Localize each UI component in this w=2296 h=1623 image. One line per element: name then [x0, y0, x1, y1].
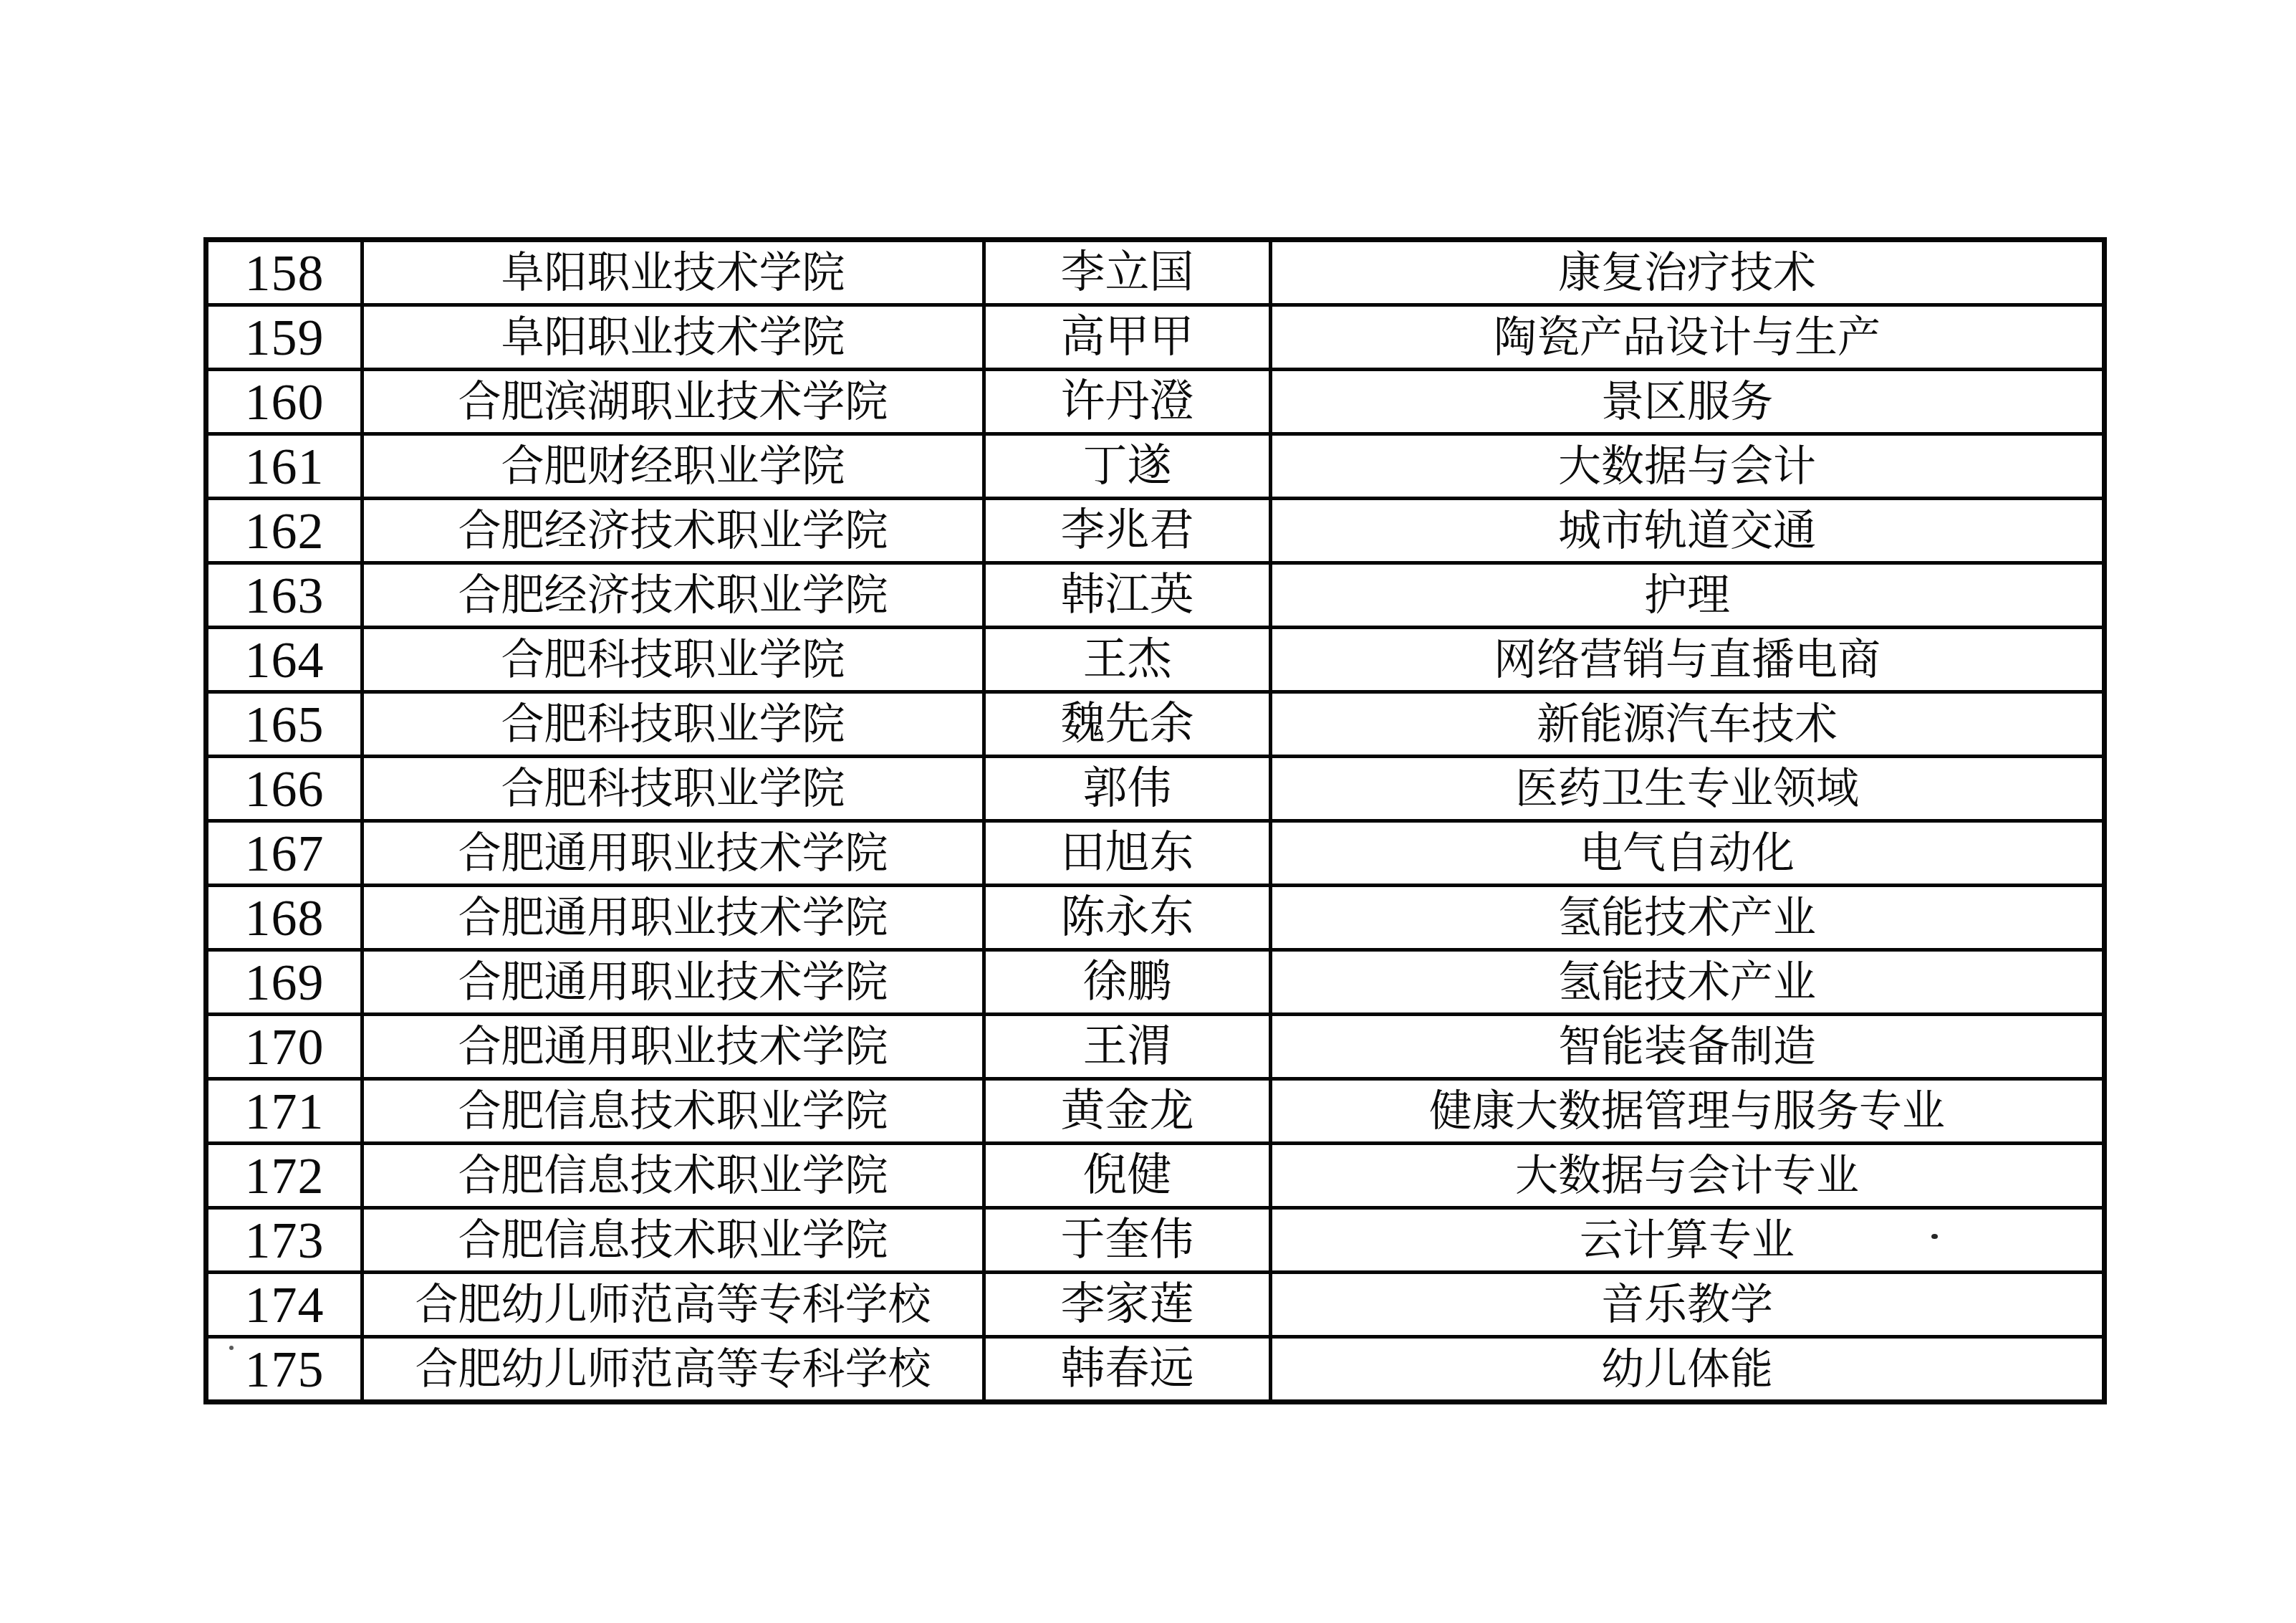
table-row: 171 合肥信息技术职业学院 黄金龙 健康大数据管理与服务专业: [206, 1079, 2105, 1144]
row-person-cell: 韩江英: [984, 563, 1271, 628]
row-major-cell: 大数据与会计专业: [1271, 1144, 2105, 1208]
row-person-cell: 陈永东: [984, 886, 1271, 950]
row-person-cell: 许丹澄: [984, 370, 1271, 434]
table-row: 162 合肥经济技术职业学院 李兆君 城市轨道交通: [206, 499, 2105, 563]
row-number-cell: 159: [206, 305, 362, 370]
row-school-cell: 合肥经济技术职业学院: [362, 563, 984, 628]
row-school-cell: 合肥信息技术职业学院: [362, 1079, 984, 1144]
table-row: 164 合肥科技职业学院 王杰 网络营销与直播电商: [206, 628, 2105, 692]
ink-speck-artifact: [1931, 1234, 1938, 1239]
row-major-cell: 云计算专业: [1271, 1208, 2105, 1273]
table-row: 168 合肥通用职业技术学院 陈永东 氢能技术产业: [206, 886, 2105, 950]
row-school-cell: 阜阳职业技术学院: [362, 240, 984, 305]
row-school-cell: 合肥科技职业学院: [362, 628, 984, 692]
table-row: 173 合肥信息技术职业学院 于奎伟 云计算专业: [206, 1208, 2105, 1273]
row-school-cell: 合肥信息技术职业学院: [362, 1208, 984, 1273]
row-number-cell: 169: [206, 950, 362, 1015]
row-person-cell: 王渭: [984, 1015, 1271, 1079]
scan-speck-artifact: [229, 1346, 234, 1350]
row-number-cell: 168: [206, 886, 362, 950]
row-number-cell: 158: [206, 240, 362, 305]
row-person-cell: 李兆君: [984, 499, 1271, 563]
row-school-cell: 合肥通用职业技术学院: [362, 950, 984, 1015]
row-number-cell: 164: [206, 628, 362, 692]
table-row: 158 阜阳职业技术学院 李立国 康复治疗技术: [206, 240, 2105, 305]
row-person-cell: 倪健: [984, 1144, 1271, 1208]
row-school-cell: 阜阳职业技术学院: [362, 305, 984, 370]
row-person-cell: 黄金龙: [984, 1079, 1271, 1144]
table-row: 165 合肥科技职业学院 魏先余 新能源汽车技术: [206, 692, 2105, 757]
row-major-cell: 新能源汽车技术: [1271, 692, 2105, 757]
row-major-cell: 陶瓷产品设计与生产: [1271, 305, 2105, 370]
row-school-cell: 合肥经济技术职业学院: [362, 499, 984, 563]
table-row: 163 合肥经济技术职业学院 韩江英 护理: [206, 563, 2105, 628]
row-school-cell: 合肥通用职业技术学院: [362, 1015, 984, 1079]
row-school-cell: 合肥滨湖职业技术学院: [362, 370, 984, 434]
row-number-cell: 173: [206, 1208, 362, 1273]
row-number-cell: 174: [206, 1273, 362, 1337]
row-major-cell: 幼儿体能: [1271, 1337, 2105, 1402]
row-school-cell: 合肥幼儿师范高等专科学校: [362, 1337, 984, 1402]
row-number-cell: 165: [206, 692, 362, 757]
row-number-cell: 163: [206, 563, 362, 628]
row-major-cell: 康复治疗技术: [1271, 240, 2105, 305]
row-number-cell: 170: [206, 1015, 362, 1079]
row-person-cell: 丁遂: [984, 434, 1271, 499]
row-major-cell: 电气自动化: [1271, 821, 2105, 886]
row-person-cell: 于奎伟: [984, 1208, 1271, 1273]
table-row: 170 合肥通用职业技术学院 王渭 智能装备制造: [206, 1015, 2105, 1079]
scanned-document-page: 158 阜阳职业技术学院 李立国 康复治疗技术 159 阜阳职业技术学院 高甲甲…: [0, 0, 2296, 1623]
row-number-cell: 167: [206, 821, 362, 886]
row-major-cell: 城市轨道交通: [1271, 499, 2105, 563]
row-person-cell: 李立国: [984, 240, 1271, 305]
row-school-cell: 合肥科技职业学院: [362, 757, 984, 821]
row-school-cell: 合肥幼儿师范高等专科学校: [362, 1273, 984, 1337]
row-person-cell: 郭伟: [984, 757, 1271, 821]
row-person-cell: 王杰: [984, 628, 1271, 692]
table-row: 159 阜阳职业技术学院 高甲甲 陶瓷产品设计与生产: [206, 305, 2105, 370]
row-major-cell: 智能装备制造: [1271, 1015, 2105, 1079]
row-person-cell: 李家莲: [984, 1273, 1271, 1337]
row-person-cell: 高甲甲: [984, 305, 1271, 370]
row-major-cell: 网络营销与直播电商: [1271, 628, 2105, 692]
row-major-cell: 健康大数据管理与服务专业: [1271, 1079, 2105, 1144]
row-person-cell: 田旭东: [984, 821, 1271, 886]
row-major-cell: 景区服务: [1271, 370, 2105, 434]
row-number-cell: 161: [206, 434, 362, 499]
row-school-cell: 合肥通用职业技术学院: [362, 821, 984, 886]
table-row: 172 合肥信息技术职业学院 倪健 大数据与会计专业: [206, 1144, 2105, 1208]
row-number-cell: 172: [206, 1144, 362, 1208]
row-major-cell: 氢能技术产业: [1271, 886, 2105, 950]
table-row: 167 合肥通用职业技术学院 田旭东 电气自动化: [206, 821, 2105, 886]
row-major-cell: 音乐教学: [1271, 1273, 2105, 1337]
row-school-cell: 合肥科技职业学院: [362, 692, 984, 757]
row-number-cell: 160: [206, 370, 362, 434]
table-body: 158 阜阳职业技术学院 李立国 康复治疗技术 159 阜阳职业技术学院 高甲甲…: [206, 240, 2105, 1402]
row-major-cell: 氢能技术产业: [1271, 950, 2105, 1015]
table-row: 174 合肥幼儿师范高等专科学校 李家莲 音乐教学: [206, 1273, 2105, 1337]
row-major-cell: 医药卫生专业领域: [1271, 757, 2105, 821]
row-person-cell: 魏先余: [984, 692, 1271, 757]
row-major-cell: 大数据与会计: [1271, 434, 2105, 499]
table-row: 169 合肥通用职业技术学院 徐鹏 氢能技术产业: [206, 950, 2105, 1015]
row-school-cell: 合肥财经职业学院: [362, 434, 984, 499]
row-person-cell: 韩春远: [984, 1337, 1271, 1402]
row-number-cell: 166: [206, 757, 362, 821]
table-row: 166 合肥科技职业学院 郭伟 医药卫生专业领域: [206, 757, 2105, 821]
row-number-cell: 162: [206, 499, 362, 563]
row-major-cell: 护理: [1271, 563, 2105, 628]
row-school-cell: 合肥通用职业技术学院: [362, 886, 984, 950]
row-school-cell: 合肥信息技术职业学院: [362, 1144, 984, 1208]
row-number-cell: 171: [206, 1079, 362, 1144]
row-person-cell: 徐鹏: [984, 950, 1271, 1015]
table-row: 175 合肥幼儿师范高等专科学校 韩春远 幼儿体能: [206, 1337, 2105, 1402]
table-row: 160 合肥滨湖职业技术学院 许丹澄 景区服务: [206, 370, 2105, 434]
table-row: 161 合肥财经职业学院 丁遂 大数据与会计: [206, 434, 2105, 499]
records-table: 158 阜阳职业技术学院 李立国 康复治疗技术 159 阜阳职业技术学院 高甲甲…: [203, 237, 2107, 1404]
